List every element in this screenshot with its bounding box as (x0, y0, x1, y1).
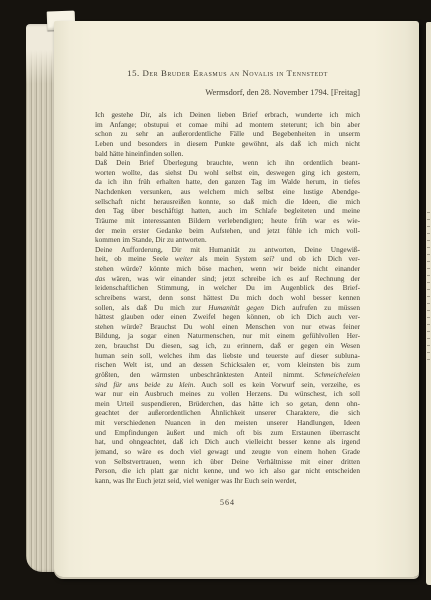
text-line: Träume mit interessanten Bildern verlebe… (95, 216, 360, 226)
text-line: sollen, als daß Du mich zur Humanität ge… (95, 303, 360, 313)
text-line: Deine Aufforderung, Dir mit Humanität zu… (95, 245, 360, 255)
text-line: jemand, so wäre es doch viel gewagt und … (95, 447, 360, 457)
text-line: größten, den wärmsten unbeschränktesten … (95, 370, 360, 380)
text-line: Bildung, ja sogar einen Naturmenschen, n… (95, 331, 360, 341)
text-line: sind für uns beide zu klein. Auch soll e… (95, 380, 360, 390)
text-line: das wären, was wir einander sind; jetzt … (95, 274, 360, 284)
text-line: stehen würde? Brauchst Du wohl einen Men… (95, 322, 360, 332)
text-line: Nachdenken versunken, aus welchem mich s… (95, 187, 360, 197)
letter-body: Ich gestehe Dir, als ich Deinen lieben B… (95, 110, 360, 485)
text-line: Ich gestehe Dir, als ich Deinen lieben B… (95, 110, 360, 120)
text-line: Person, die ich platt gar nicht kenne, u… (95, 466, 360, 476)
text-line: mein Urteil suspendieren, Brüderchen, da… (95, 399, 360, 409)
letter-dateline: Wermsdorf, den 28. November 1794. [Freit… (95, 88, 360, 97)
page-number: 564 (95, 498, 360, 507)
text-line: hättest glauben oder einen Zweifel hegen… (95, 312, 360, 322)
text-line: da ich ihn früh erhalten hatte, den ganz… (95, 177, 360, 187)
book-photo: 15. Der Bruder Erasmus an Novalis in Ten… (0, 0, 431, 600)
text-line: kann, was Ihr Euch jetzt seid, viel weni… (95, 476, 360, 486)
text-line: schon zu sehr an außerordentliche Fälle … (95, 129, 360, 139)
text-line: zen, brauchst Du diesen, sag ich, zu eri… (95, 341, 360, 351)
text-line: hat, und ohngeachtet, daß ich Dich auch … (95, 437, 360, 447)
text-line: bald hätte hineinfinden sollen. (95, 149, 360, 159)
text-line: worten wollte, das siehst Du wohl selbst… (95, 168, 360, 178)
text-line: heit, ob meine Seele weiter als mein Sys… (95, 254, 360, 264)
text-line: rischen Welt ist, und an dessen Schicksa… (95, 360, 360, 370)
text-line: schreibens warst, denn sonst hättest Du … (95, 293, 360, 303)
text-line: kommen im Stande, Dir zu antworten. (95, 235, 360, 245)
text-line: war nur ein Ausbruch meines zu vollen He… (95, 389, 360, 399)
text-line: und Empfindungen äußert und mich oft bis… (95, 428, 360, 438)
text-line: human sein soll, welches ihm das liebste… (95, 351, 360, 361)
text-line: stehen würde? könnte mich böse machen, w… (95, 264, 360, 274)
text-line: Daß Dein Brief Überlegung brauchte, wenn… (95, 158, 360, 168)
text-line: den Tag über beschäftigt hatten, auch im… (95, 206, 360, 216)
book-page: 15. Der Bruder Erasmus an Novalis in Ten… (54, 21, 419, 577)
letter-heading: 15. Der Bruder Erasmus an Novalis in Ten… (95, 68, 360, 78)
text-line: Leben und besonders in diesem Punkte gew… (95, 139, 360, 149)
text-line: im Anfange; obstupui et comae mihi ad mo… (95, 120, 360, 130)
text-line: leidenschaftlichen Stimmung, in welcher … (95, 283, 360, 293)
text-line: von Selbstvertrauen, wenn ich über Deine… (95, 457, 360, 467)
text-line: der mein erster Gedanke beim Aufstehen, … (95, 226, 360, 236)
text-line: geachtet der außerordentlichen Ähnlichke… (95, 408, 360, 418)
text-line: mit verschiedenen Nuancen in den meisten… (95, 418, 360, 428)
facing-page-sliver (426, 22, 431, 585)
text-line: sellschaft nicht herausreißen konnte, so… (95, 197, 360, 207)
